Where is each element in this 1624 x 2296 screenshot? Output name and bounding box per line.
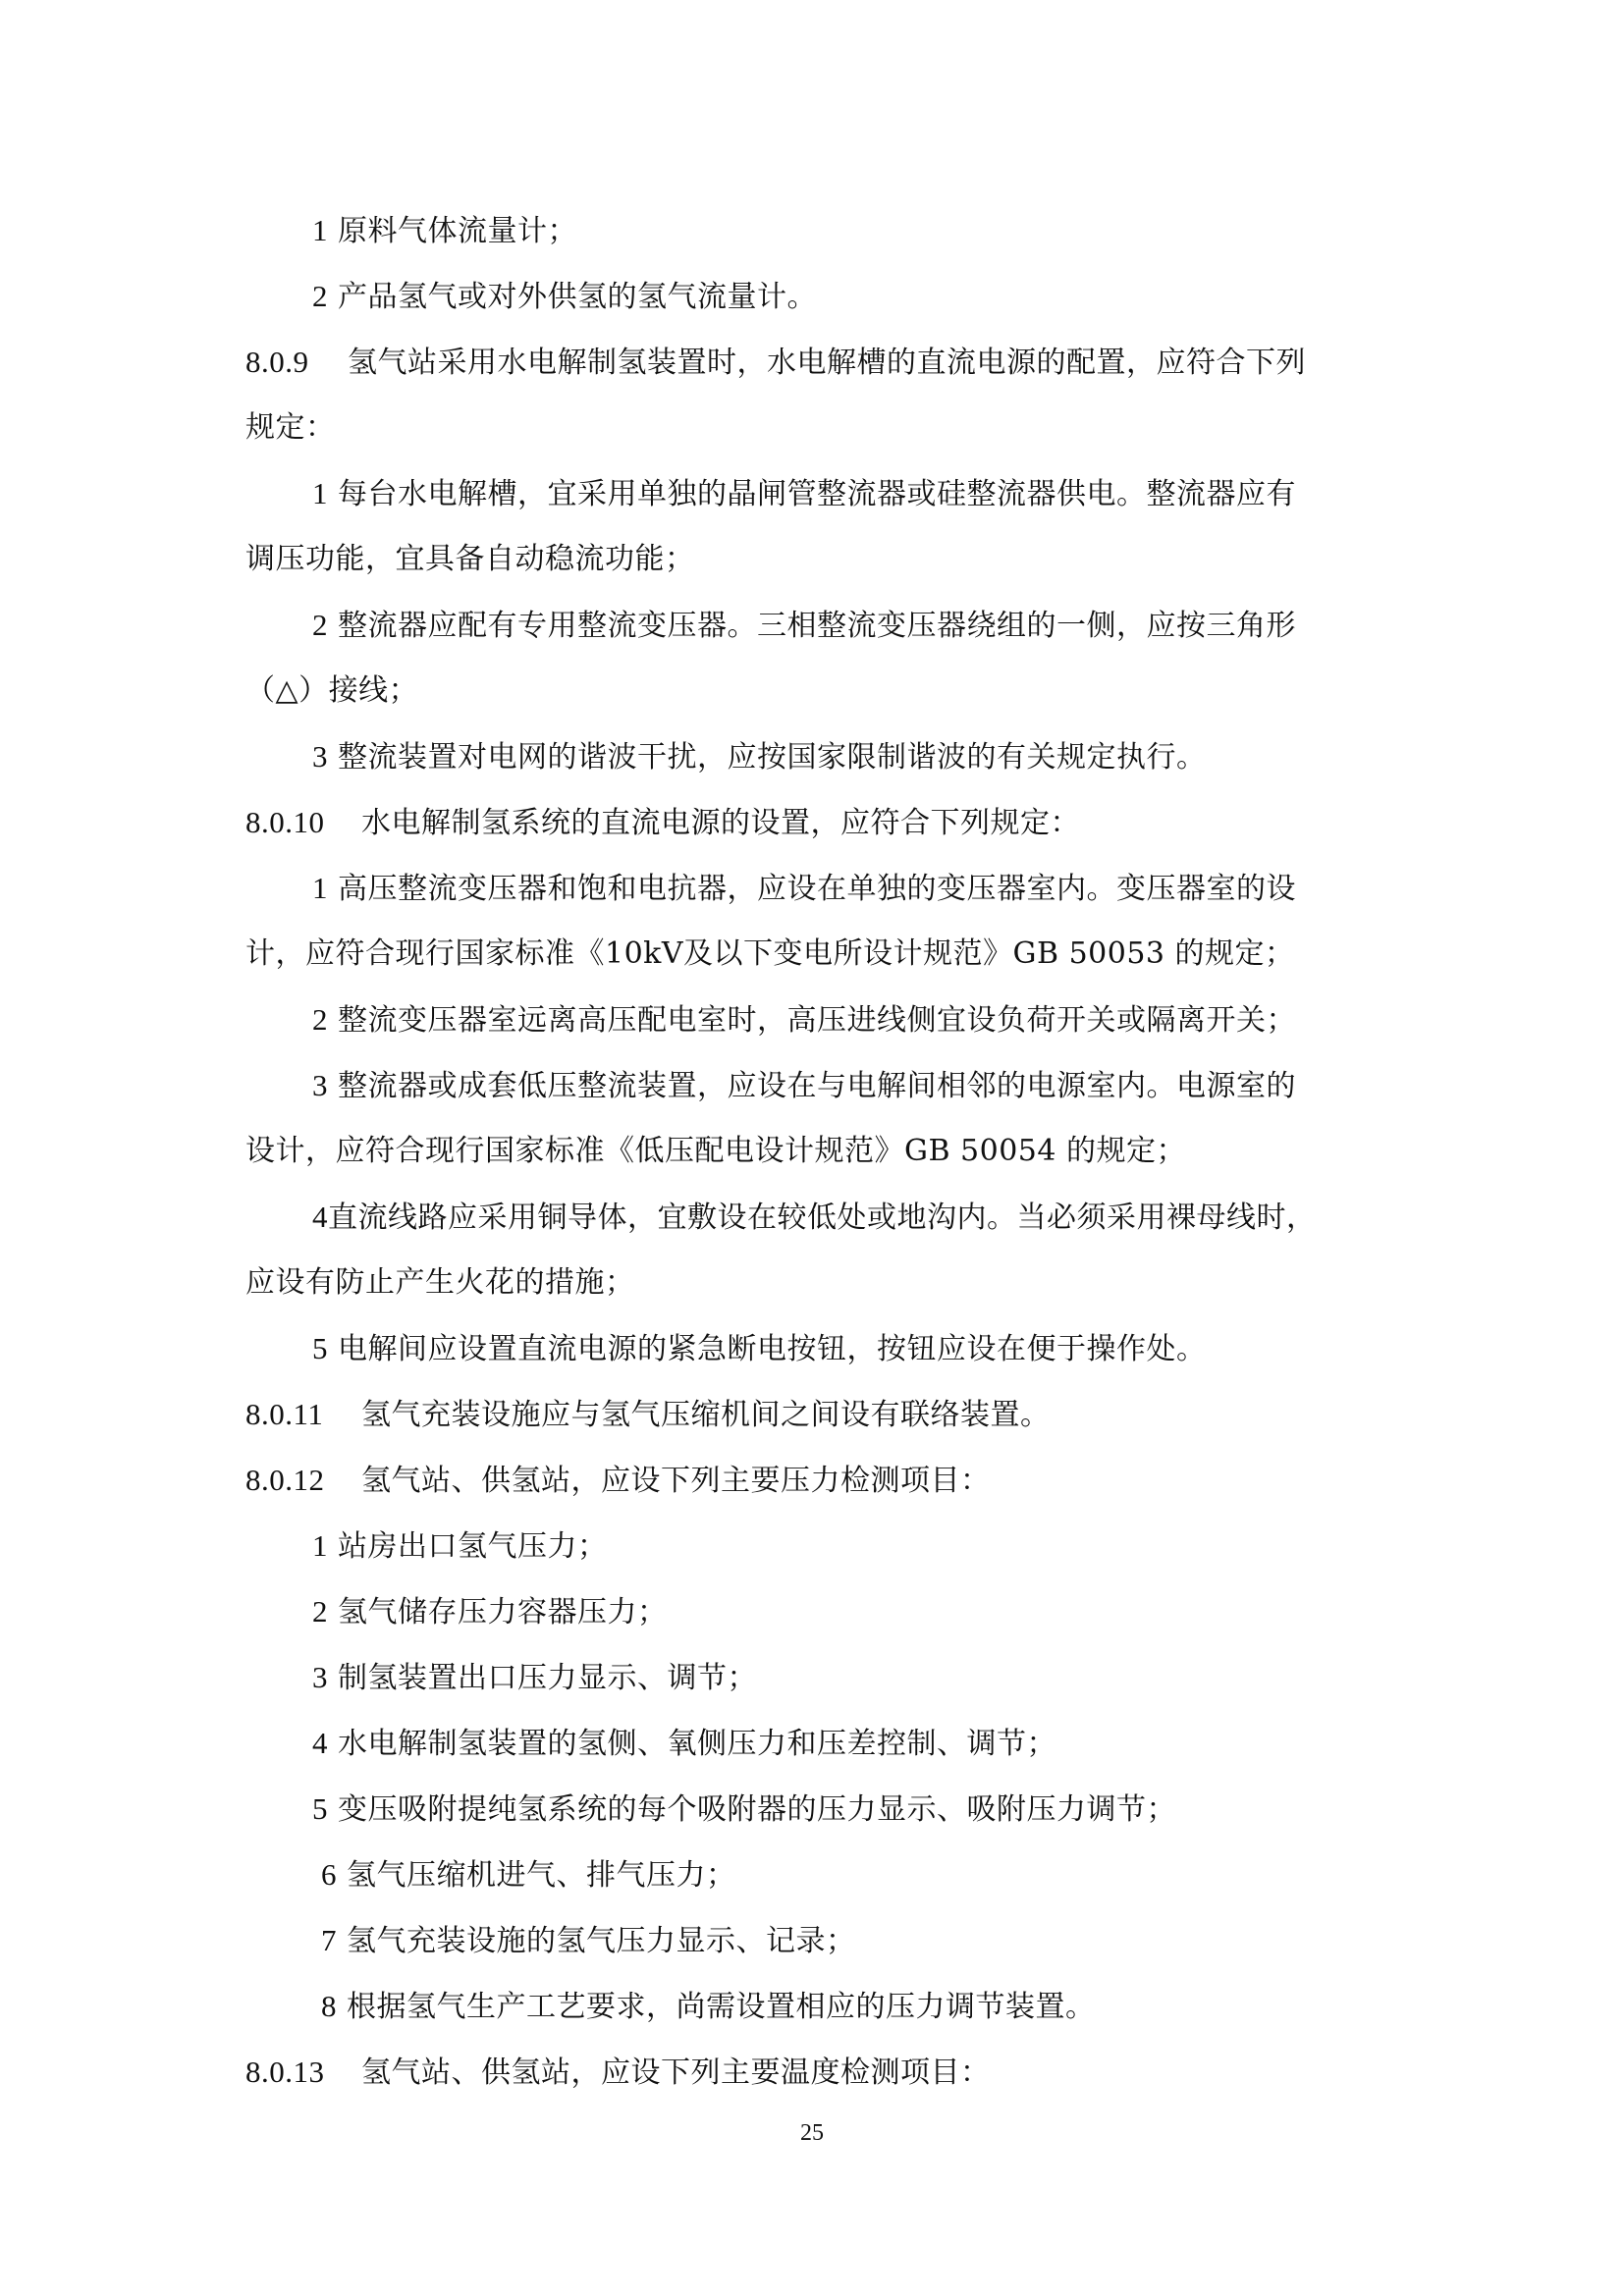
continuation-text: 应设有防止产生火花的措施； <box>245 1265 635 1300</box>
clause-number: 8.0.11 <box>245 1393 361 1436</box>
item-text: 每台水电解槽，宜采用单独的晶闸管整流器或硅整流器供电。整流器应有 <box>338 477 1296 511</box>
clause-heading: 8.0.10水电解制氢系统的直流电源的设置，应符合下列规定： <box>245 801 1389 844</box>
clause-heading: 8.0.13氢气站、供氢站，应设下列主要温度检测项目： <box>245 2051 1389 2094</box>
item-number: 3 <box>312 1660 328 1694</box>
item-text: 站房出口氢气压力； <box>338 1529 608 1564</box>
continuation-text: 规定： <box>245 410 336 445</box>
continuation-line: 计，应符合现行国家标准《10kV及以下变电所设计规范》GB 50053 的规定； <box>245 933 1389 976</box>
clause-heading: 8.0.11氢气充装设施应与氢气压缩机间之间设有联络装置。 <box>245 1393 1389 1436</box>
item-text: 氢气储存压力容器压力； <box>338 1595 668 1629</box>
item-number: 8 <box>321 1989 337 2023</box>
item-number: 1 <box>312 213 328 247</box>
list-item: 1 每台水电解槽，宜采用单独的晶闸管整流器或硅整流器供电。整流器应有 <box>312 472 1456 515</box>
list-item: 7 氢气充装设施的氢气压力显示、记录； <box>321 1919 1465 1962</box>
continuation-line: 设计，应符合现行国家标准《低压配电设计规范》GB 50054 的规定； <box>245 1130 1389 1173</box>
continuation-line: 调压功能，宜具备自动稳流功能； <box>245 538 1389 581</box>
list-item: 3 制氢装置出口压力显示、调节； <box>312 1656 1456 1699</box>
list-item: 4 水电解制氢装置的氢侧、氧侧压力和压差控制、调节； <box>312 1722 1456 1765</box>
item-text: 整流器或成套低压整流装置，应设在与电解间相邻的电源室内。电源室的 <box>338 1069 1296 1103</box>
item-number: 4 <box>312 1200 328 1234</box>
item-text: 整流变压器室远离高压配电室时，高压进线侧宜设负荷开关或隔离开关； <box>338 1003 1296 1038</box>
list-item: 1 高压整流变压器和饱和电抗器，应设在单独的变压器室内。变压器室的设 <box>312 867 1456 910</box>
list-item: 5 电解间应设置直流电源的紧急断电按钮，按钮应设在便于操作处。 <box>312 1327 1456 1370</box>
continuation-text: （△）接线； <box>245 673 418 708</box>
continuation-text: 设计，应符合现行国家标准《低压配电设计规范》GB 50054 的规定； <box>245 1134 1186 1168</box>
item-number: 5 <box>312 1331 328 1365</box>
continuation-line: 规定： <box>245 406 1389 450</box>
item-number: 1 <box>312 871 328 905</box>
item-number: 3 <box>312 739 328 774</box>
item-text: 产品氢气或对外供氢的氢气流量计。 <box>338 280 817 314</box>
list-item: 6 氢气压缩机进气、排气压力； <box>321 1853 1465 1896</box>
clause-text: 氢气充装设施应与氢气压缩机间之间设有联络装置。 <box>361 1398 1051 1432</box>
clause-text: 水电解制氢系统的直流电源的设置，应符合下列规定： <box>361 806 1080 840</box>
clause-number: 8.0.12 <box>245 1459 361 1502</box>
item-number: 6 <box>321 1857 337 1892</box>
item-text: 根据氢气生产工艺要求，尚需设置相应的压力调节装置。 <box>347 1990 1096 2024</box>
clause-number: 8.0.9 <box>245 341 348 384</box>
list-item: 5 变压吸附提纯氢系统的每个吸附器的压力显示、吸附压力调节； <box>312 1788 1456 1831</box>
continuation-line: 应设有防止产生火花的措施； <box>245 1261 1389 1305</box>
list-item: 2 产品氢气或对外供氢的氢气流量计。 <box>312 275 1456 318</box>
document-page: 1 原料气体流量计； 2 产品氢气或对外供氢的氢气流量计。 8.0.9氢气站采用… <box>0 0 1624 2296</box>
list-item: 8 根据氢气生产工艺要求，尚需设置相应的压力调节装置。 <box>321 1985 1465 2028</box>
item-text: 氢气充装设施的氢气压力显示、记录； <box>347 1924 856 1958</box>
item-number: 5 <box>312 1791 328 1826</box>
list-item: 2 氢气储存压力容器压力； <box>312 1590 1456 1633</box>
item-number: 1 <box>312 476 328 510</box>
clause-heading: 8.0.9氢气站采用水电解制氢装置时，水电解槽的直流电源的配置，应符合下列 <box>245 341 1389 384</box>
clause-heading: 8.0.12氢气站、供氢站，应设下列主要压力检测项目： <box>245 1459 1389 1502</box>
page-number: 25 <box>0 2120 1624 2147</box>
list-item: 2 整流器应配有专用整流变压器。三相整流变压器绕组的一侧，应按三角形 <box>312 604 1456 647</box>
clause-text: 氢气站、供氢站，应设下列主要压力检测项目： <box>361 1464 991 1498</box>
item-number: 1 <box>312 1528 328 1563</box>
item-number: 2 <box>312 1594 328 1629</box>
item-text: 变压吸附提纯氢系统的每个吸附器的压力显示、吸附压力调节； <box>338 1792 1176 1827</box>
item-text: 氢气压缩机进气、排气压力； <box>347 1858 736 1893</box>
clause-text: 氢气站、供氢站，应设下列主要温度检测项目： <box>361 2056 991 2090</box>
item-text: 直流线路应采用铜导体，宜敷设在较低处或地沟内。当必须采用裸母线时， <box>328 1201 1317 1235</box>
continuation-text: 计，应符合现行国家标准《10kV及以下变电所设计规范》GB 50053 的规定； <box>245 936 1295 971</box>
list-item: 1 站房出口氢气压力； <box>312 1524 1456 1568</box>
item-number: 3 <box>312 1068 328 1102</box>
clause-number: 8.0.10 <box>245 801 361 844</box>
item-text: 整流器应配有专用整流变压器。三相整流变压器绕组的一侧，应按三角形 <box>338 609 1296 643</box>
continuation-text: 调压功能，宜具备自动稳流功能； <box>245 542 695 576</box>
list-item: 3 整流装置对电网的谐波干扰，应按国家限制谐波的有关规定执行。 <box>312 735 1456 778</box>
item-text: 原料气体流量计； <box>338 214 577 248</box>
item-text: 电解间应设置直流电源的紧急断电按钮，按钮应设在便于操作处。 <box>338 1332 1207 1366</box>
item-number: 7 <box>321 1923 337 1957</box>
list-item: 4直流线路应采用铜导体，宜敷设在较低处或地沟内。当必须采用裸母线时， <box>312 1196 1456 1239</box>
item-text: 整流装置对电网的谐波干扰，应按国家限制谐波的有关规定执行。 <box>338 740 1207 774</box>
clause-text: 氢气站采用水电解制氢装置时，水电解槽的直流电源的配置，应符合下列 <box>348 346 1306 380</box>
list-item: 1 原料气体流量计； <box>312 209 1456 252</box>
item-number: 2 <box>312 279 328 313</box>
list-item: 2 整流变压器室远离高压配电室时，高压进线侧宜设负荷开关或隔离开关； <box>312 998 1456 1041</box>
item-number: 2 <box>312 608 328 642</box>
item-number: 2 <box>312 1002 328 1037</box>
continuation-line: （△）接线； <box>245 669 1389 713</box>
item-number: 4 <box>312 1726 328 1760</box>
list-item: 3 整流器或成套低压整流装置，应设在与电解间相邻的电源室内。电源室的 <box>312 1064 1456 1107</box>
item-text: 水电解制氢装置的氢侧、氧侧压力和压差控制、调节； <box>338 1727 1056 1761</box>
clause-number: 8.0.13 <box>245 2051 361 2094</box>
item-text: 制氢装置出口压力显示、调节； <box>338 1661 757 1695</box>
item-text: 高压整流变压器和饱和电抗器，应设在单独的变压器室内。变压器室的设 <box>338 872 1296 906</box>
